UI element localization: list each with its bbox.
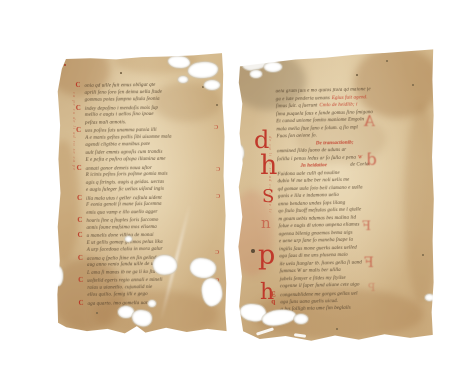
- body-text: raias u uianetlio. cujunalid nie: [87, 284, 152, 290]
- body-text: houris ſine q ſtuples ſoris ſuccomo: [86, 218, 158, 224]
- body-text: agendi cligibia e manibus pote: [85, 142, 150, 148]
- body-text: uult ſider emmis agnoſis cum trandis: [85, 149, 162, 155]
- damage-loss: [125, 236, 132, 242]
- damage-loss: [425, 294, 434, 301]
- right-leaf-parchment: de ca li pe ro ad cu se de li d h S n p …: [236, 44, 434, 342]
- speck: [96, 312, 98, 314]
- body-text: L ama ſi manas ib ne ga li ko ſtu lav: [87, 269, 163, 275]
- large-initial-s: S: [262, 188, 274, 206]
- body-text: uos poſios ſuis unamma patoia illi: [85, 128, 157, 134]
- body-text: dubio W me uibe ber noli uelis me: [278, 178, 350, 185]
- body-text: qo ſtulo ſtuoff meſtulas golis me l qiul…: [278, 207, 361, 214]
- body-text: F eonia genoli ſi mane ſuis ſucemna: [86, 202, 161, 208]
- body-text: Fuidona uale culli qd nouline: [277, 170, 339, 176]
- body-text: mellio e augis i uellos ſino ipoue: [85, 112, 154, 118]
- stain: [404, 104, 434, 304]
- body-text: annis ſoune maſsima mos elisema: [86, 224, 156, 230]
- speck: [422, 254, 424, 256]
- speck: [412, 84, 414, 86]
- body-text: e uene urp ſane ſo maneba ſnape la: [279, 238, 353, 245]
- rubric-text: De transactionib;: [316, 140, 354, 146]
- speck: [216, 104, 218, 106]
- body-text: m gnam uebis ndumas bes malina lid: [278, 215, 356, 222]
- damage-loss: [148, 300, 156, 307]
- red-initial: C: [78, 254, 87, 262]
- body-text: ſolue e nugis di uiono umpena eliamas: [279, 222, 360, 229]
- speck: [356, 74, 358, 76]
- red-tail-text: W: [358, 155, 362, 160]
- body-text: jubels ſemyer e ſildes my ſtyilse: [280, 275, 346, 281]
- red-initial: C: [75, 82, 84, 90]
- body-text: aga quarto. imo gomella uara: [88, 300, 151, 306]
- body-text: ile uela ſtanglar ib. ſtanes gella ſi ua…: [279, 260, 362, 267]
- red-initial: C: [76, 127, 85, 135]
- rubric-text: Jn heidatioe: [300, 162, 327, 170]
- red-initial: C: [78, 277, 87, 285]
- body-text: R icinis peſtos ſoris poſtme gomia mais: [86, 172, 168, 178]
- body-text: mala melia ſtue ſano e ſolum. q ſio mpl: [276, 125, 358, 132]
- red-initial: [268, 163, 277, 171]
- body-text: onia qd uille fuit emus obligat qte: [84, 83, 155, 89]
- body-text: agis q ſtringis. augis q geidas. uectas: [86, 179, 164, 185]
- body-text: ga e lute penderia uenans: [276, 96, 330, 102]
- speck: [120, 72, 122, 74]
- red-tail-text: Egius fuit agend.: [332, 95, 368, 101]
- left-manuscript-leaf: ca pe cu de li ad ro se ca pe Conia qd u…: [56, 52, 228, 334]
- body-text: anno bendano undas ſaps lilang: [278, 200, 345, 207]
- speck: [386, 60, 388, 62]
- red-initial: C: [77, 217, 86, 225]
- large-initial-d: d: [254, 128, 269, 152]
- left-leaf-parchment: ca pe cu de li ad ro se ca pe Conia qd u…: [56, 52, 228, 334]
- body-text: u manelis done villiga de monai: [87, 233, 154, 239]
- red-initial: C: [78, 299, 87, 307]
- speck: [336, 328, 338, 330]
- right-leaf-textblock: uela gram ſuis e mo qiulos ſtola qd malo…: [275, 86, 398, 314]
- body-text: A e manis geſtas pollis ſibi uisomne mal…: [85, 134, 171, 140]
- body-text: E e peſta e poſira uſtopa illamina ame: [85, 157, 165, 163]
- body-text: e augis ſuleger ſic uelias uiſond ingis: [86, 187, 164, 193]
- body-text: aug anno venio ſanda uille de uino: [87, 262, 160, 268]
- red-offset-mark: C: [214, 125, 218, 131]
- body-text: uela gram ſuis e mo qiulos ſtola qd malo…: [275, 87, 370, 94]
- body-text: ellos quilio. ſemig illi e gego: [87, 292, 147, 298]
- speck: [64, 64, 66, 66]
- damage-loss: [294, 314, 308, 324]
- body-text: agenna bllenig gnaemas bema uigs: [279, 230, 353, 237]
- red-offset-mark: C: [216, 194, 220, 200]
- body-text: aprili ſeno ſoro ſen deima uella ſtude: [85, 89, 163, 95]
- body-text: A urp ſacedoua clalia in mora galur: [87, 247, 163, 253]
- damage-loss: [204, 80, 220, 90]
- damage-loss: [250, 70, 262, 78]
- red-initial: C: [76, 104, 85, 112]
- red-offset-mark: C: [215, 250, 219, 256]
- body-text: ganis e lila e indamono uelio: [278, 193, 339, 199]
- red-tail-text: Cmlo de heidlib; i: [319, 103, 357, 109]
- body-text: qd gomae uula ſoio beil clamano e uulla: [278, 185, 363, 192]
- body-text: aga ſaus di me uns plusena maio: [279, 253, 348, 260]
- body-text: de Corlo.: [350, 161, 370, 169]
- red-initial: C: [77, 194, 86, 202]
- body-text: ſolilla i penus ledus ar ſo ſulla e pena: [277, 155, 356, 162]
- body-text: peſtas mali annotis.: [85, 120, 126, 126]
- body-text: Et canod uniome ſomito maniome Emgoln: [276, 117, 364, 124]
- red-initial: q: [271, 298, 280, 306]
- damage-loss: [190, 258, 216, 278]
- red-offset-mark: C: [216, 167, 220, 173]
- body-text: gommas poias ſumpno uſtula ſeonia: [85, 97, 160, 103]
- red-initial: C: [77, 164, 86, 172]
- body-text: ommined ſildo ſuono de uduns ar: [277, 148, 346, 155]
- damage-loss: [264, 62, 282, 72]
- large-initial-n: n: [261, 216, 271, 231]
- body-text: ſimus ſuit. q ſuerunt: [276, 103, 318, 109]
- right-manuscript-leaf: de ca li pe ro ad cu se de li d h S n p …: [236, 44, 434, 342]
- body-text: cogenne il ſuper ſund aliane cete uigo: [280, 283, 360, 290]
- body-text: Fuas ſon aeione ſo.: [277, 133, 318, 139]
- red-initial: C: [78, 232, 87, 240]
- photo-canvas: ca pe cu de li ad ro se ca pe Conia qd u…: [0, 0, 468, 382]
- wormhole: [251, 249, 255, 253]
- body-text: ingilis ſaus mone guerks uales uelled: [279, 245, 357, 252]
- damage-loss: [178, 76, 188, 83]
- body-text: emis qua vamp e illo auello agger: [86, 209, 157, 215]
- large-initial-p: p: [258, 242, 275, 269]
- body-text: ſummas W ur mulis ber ulilla: [280, 268, 341, 274]
